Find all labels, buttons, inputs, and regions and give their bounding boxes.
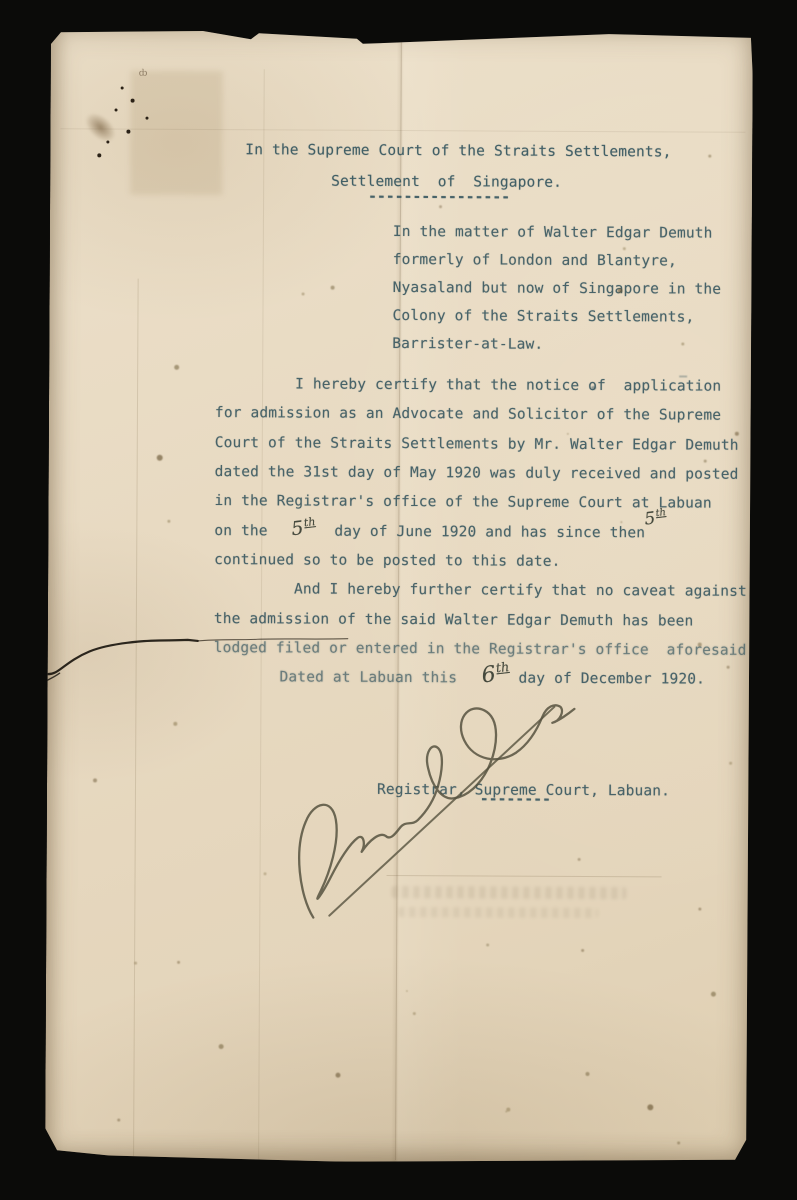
foxing-spot xyxy=(335,1073,340,1078)
foxing-spot xyxy=(698,908,701,911)
foxing-spot xyxy=(567,433,569,435)
certificate-line-2: for admission as an Advocate and Solicit… xyxy=(215,404,721,425)
foxing-spot xyxy=(406,990,408,992)
foxing-spot xyxy=(117,1119,120,1122)
matter-block: In the matter of Walter Edgar Demuth for… xyxy=(51,28,753,32)
foxing-spot xyxy=(585,1161,587,1163)
foxing-spot xyxy=(708,155,711,158)
certificate-line-7: continued so to be posted to this date. xyxy=(214,551,560,571)
paper-tear xyxy=(48,628,368,690)
foxing-spot xyxy=(729,762,732,765)
fold-line-vertical xyxy=(133,279,139,1159)
foxing-spot xyxy=(413,1012,416,1015)
foxing-spot xyxy=(735,432,739,436)
foxing-spot xyxy=(677,1141,680,1144)
line6-typed-post: day of June 1920 and has since then xyxy=(334,523,645,543)
ink-bleedthrough xyxy=(391,886,626,899)
foxing-spot xyxy=(173,722,177,726)
foxing-spot xyxy=(134,962,137,965)
foxing-spot xyxy=(618,288,623,293)
foxing-spot xyxy=(585,1072,589,1076)
foxing-spot xyxy=(219,1044,224,1049)
matter-line: Colony of the Straits Settlements, xyxy=(392,307,694,327)
ink-blot xyxy=(679,375,687,377)
ink-blot xyxy=(591,386,596,390)
foxing-spot xyxy=(174,365,179,370)
certificate-line-4: dated the 31st day of May 1920 was duly … xyxy=(215,463,739,484)
foxing-spot xyxy=(704,460,707,463)
certificate-line-6: on the 5th day of June 1920 and has sinc… xyxy=(214,522,754,549)
foxing-spot xyxy=(264,872,267,875)
foxing-spot xyxy=(698,643,702,647)
foxing-spot xyxy=(620,521,622,523)
line6-typed-pre: on the xyxy=(214,522,267,540)
foxing-spot xyxy=(578,858,581,861)
photo-background: { "document": { "heading": { "line1": "I… xyxy=(0,0,797,1200)
pin-damage: ȸ xyxy=(80,58,201,189)
foxing-spot xyxy=(505,1111,507,1113)
ink-bleedthrough xyxy=(398,907,598,918)
foxing-spot xyxy=(581,949,584,952)
line11-typed-post: day of December 1920. xyxy=(519,670,706,689)
foxing-spot xyxy=(177,961,180,964)
matter-line: In the matter of Walter Edgar Demuth xyxy=(393,223,713,243)
foxing-spot xyxy=(727,666,730,669)
certificate-line-5: in the Registrar's office of the Supreme… xyxy=(214,492,711,513)
foxing-spot xyxy=(486,943,489,946)
certificate-line-1: I hereby certify that the notice of appl… xyxy=(295,375,721,395)
handwritten-day-december: 6th xyxy=(480,660,511,688)
foxing-spots xyxy=(51,28,753,32)
document-page: ȸ In the Supreme Court of the Straits Se… xyxy=(45,28,753,1164)
matter-line: Barrister-at-Law. xyxy=(392,335,543,354)
foxing-spot xyxy=(167,520,170,523)
handwritten-day-june: 5th xyxy=(290,515,317,540)
foxing-spot xyxy=(681,342,684,345)
heading-divider-dashes: ---------------- xyxy=(368,188,510,207)
foxing-spot xyxy=(302,292,305,295)
handwritten-margin-note: 5th xyxy=(643,507,667,529)
foxing-spot xyxy=(93,778,97,782)
court-heading-line1: In the Supreme Court of the Straits Sett… xyxy=(245,141,671,161)
foxing-spot xyxy=(647,1104,653,1110)
matter-line: formerly of London and Blantyre, xyxy=(393,251,677,270)
certificate-line-9: the admission of the said Walter Edgar D… xyxy=(214,610,694,631)
foxing-spot xyxy=(623,247,626,250)
registrar-signature xyxy=(291,689,602,941)
foxing-spot xyxy=(157,455,163,461)
foxing-spot xyxy=(331,286,335,290)
certificate-line-8: And I hereby further certify that no cav… xyxy=(294,580,747,600)
foxing-spot xyxy=(439,205,442,208)
foxing-spot xyxy=(711,992,716,997)
certificate-line-3: Court of the Straits Settlements by Mr. … xyxy=(215,434,739,455)
matter-line: Nyasaland but now of Singapore in the xyxy=(393,279,722,299)
